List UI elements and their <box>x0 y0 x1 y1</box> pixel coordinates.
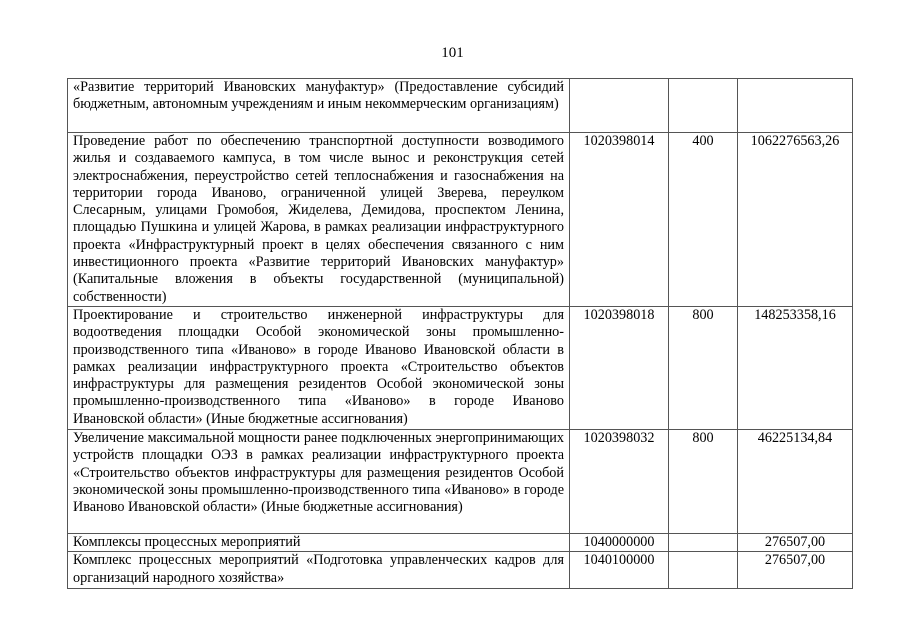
table-row: Проведение работ по обеспечению транспор… <box>68 133 853 307</box>
row-description: Комплексы процессных мероприятий <box>68 533 570 551</box>
row-code: 1020398018 <box>570 306 669 429</box>
row-description: «Развитие территорий Ивановских мануфакт… <box>68 79 570 133</box>
row-code: 1040100000 <box>570 552 669 589</box>
table-row: Комплексы процессных мероприятий 1040000… <box>68 533 853 551</box>
table-row: Проектирование и строительство инженерно… <box>68 306 853 429</box>
row-code: 1040000000 <box>570 533 669 551</box>
row-amount: 276507,00 <box>738 552 853 589</box>
table-row: Увеличение максимальной мощности ранее п… <box>68 429 853 533</box>
row-expense-type: 400 <box>669 133 738 307</box>
row-amount: 46225134,84 <box>738 429 853 533</box>
row-amount: 1062276563,26 <box>738 133 853 307</box>
row-expense-type <box>669 552 738 589</box>
row-expense-type <box>669 533 738 551</box>
row-expense-type: 800 <box>669 429 738 533</box>
row-amount <box>738 79 853 133</box>
row-expense-type: 800 <box>669 306 738 429</box>
row-code: 1020398014 <box>570 133 669 307</box>
page-number: 101 <box>0 44 905 62</box>
row-code: 1020398032 <box>570 429 669 533</box>
budget-table: «Развитие территорий Ивановских мануфакт… <box>67 78 853 589</box>
table-row: «Развитие территорий Ивановских мануфакт… <box>68 79 853 133</box>
row-expense-type <box>669 79 738 133</box>
row-description: Проведение работ по обеспечению транспор… <box>68 133 570 307</box>
row-amount: 148253358,16 <box>738 306 853 429</box>
row-code <box>570 79 669 133</box>
row-amount: 276507,00 <box>738 533 853 551</box>
row-description: Проектирование и строительство инженерно… <box>68 306 570 429</box>
row-description: Комплекс процессных мероприятий «Подгото… <box>68 552 570 589</box>
table-row: Комплекс процессных мероприятий «Подгото… <box>68 552 853 589</box>
row-description: Увеличение максимальной мощности ранее п… <box>68 429 570 533</box>
